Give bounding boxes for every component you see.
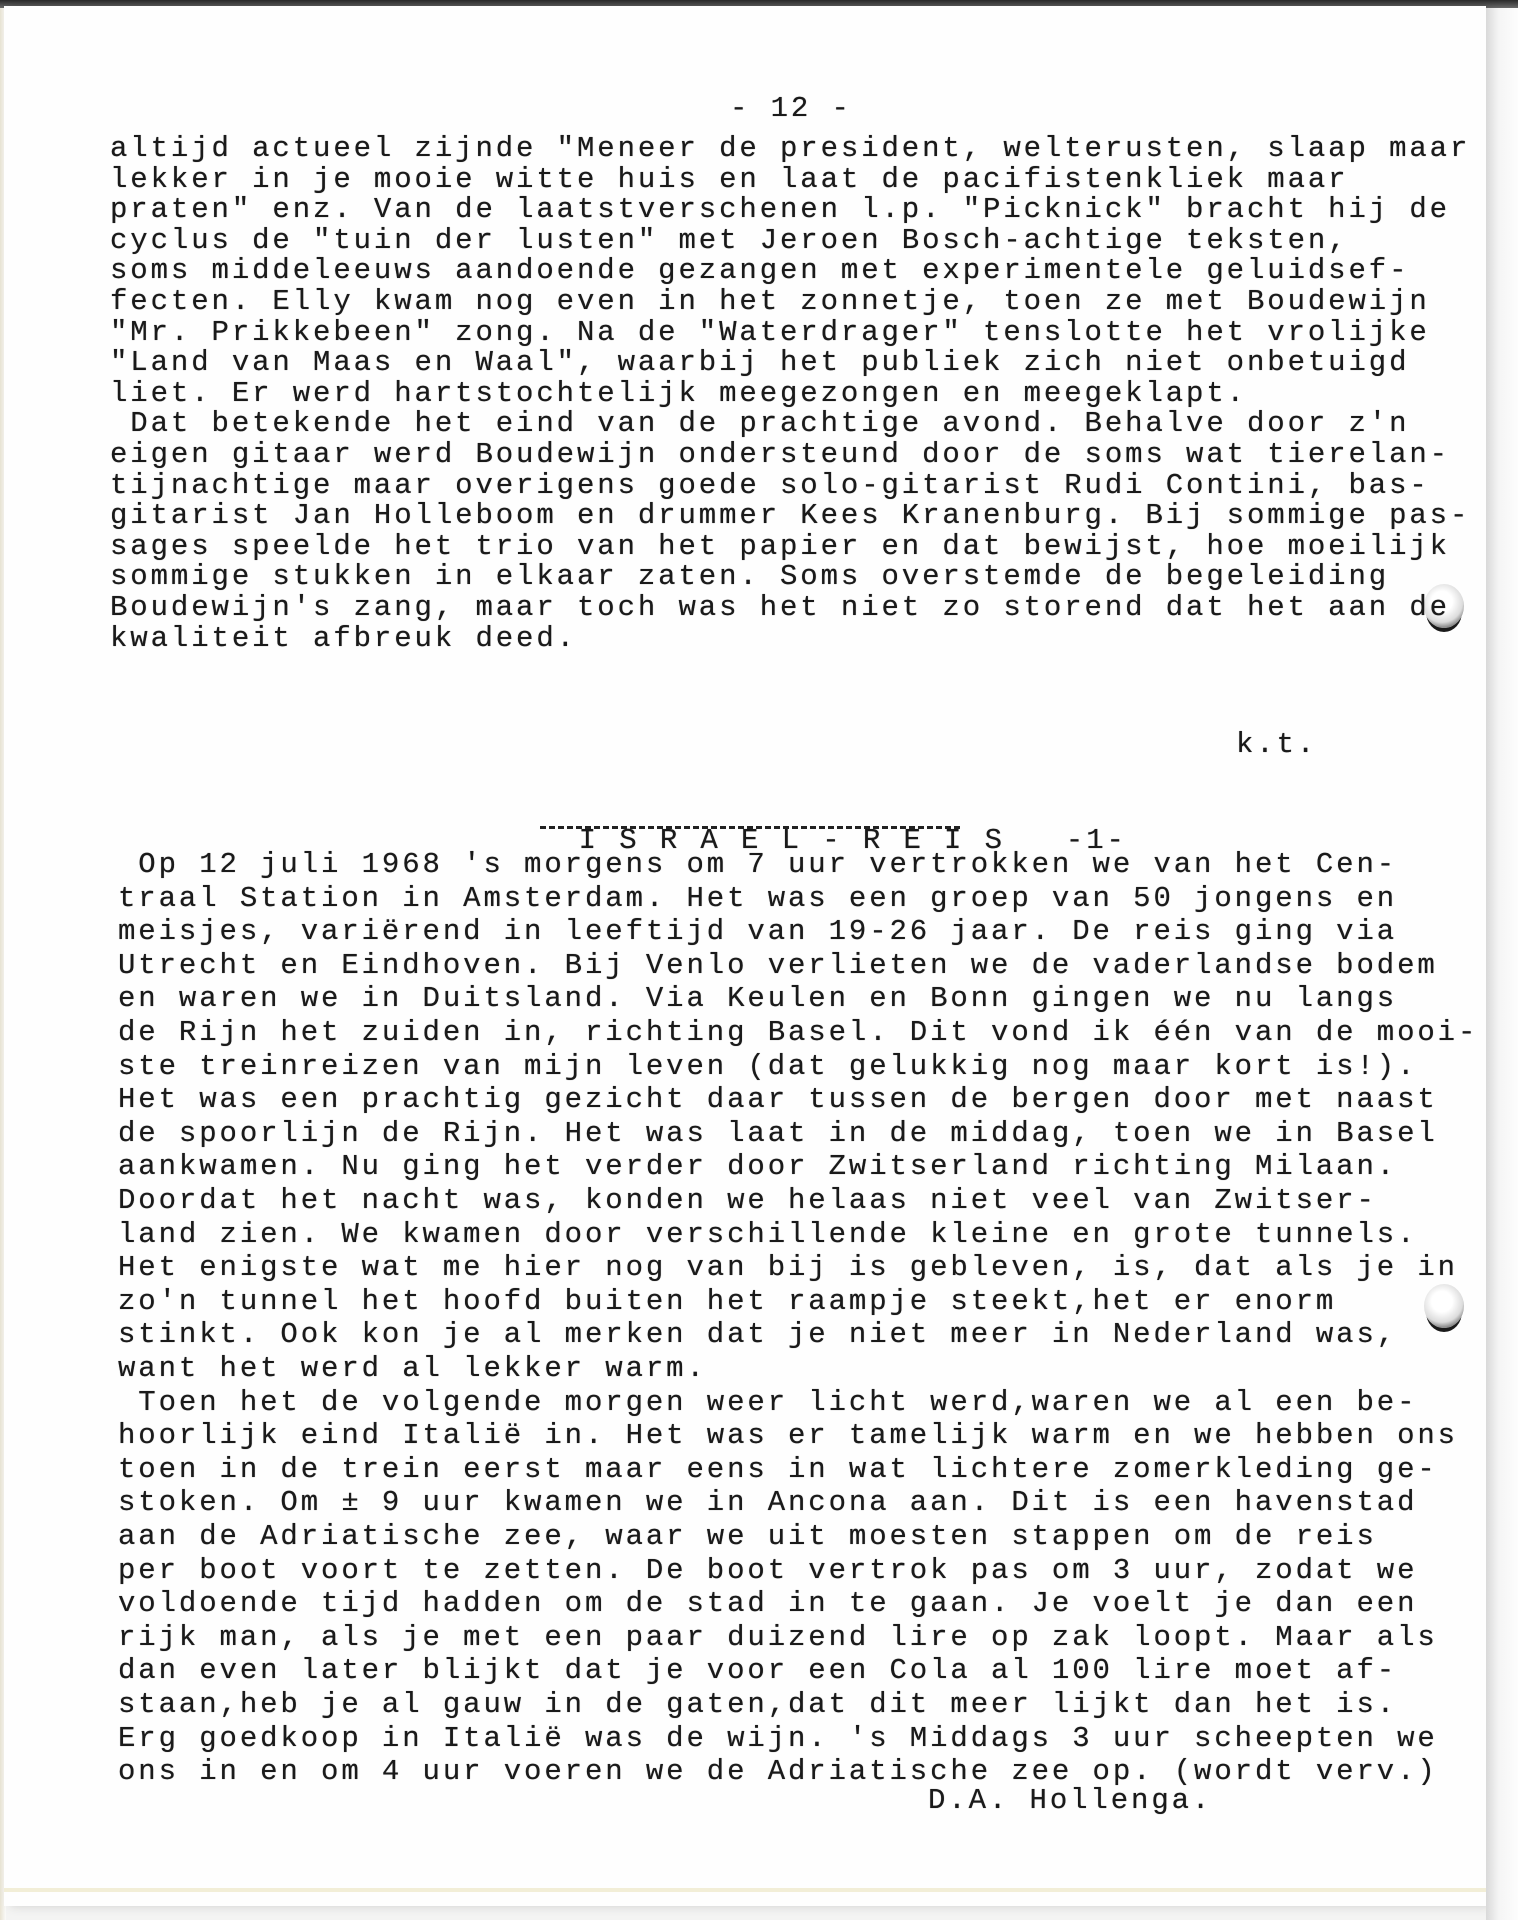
text-line: Het was een prachtig gezicht daar tussen… bbox=[118, 1083, 1438, 1117]
text-line: fecten. Elly kwam nog even in het zonnet… bbox=[110, 285, 1430, 319]
text-line: Op 12 juli 1968 's morgens om 7 uur vert… bbox=[118, 848, 1397, 882]
article-signature: D.A. Hollenga. bbox=[928, 1784, 1212, 1818]
text-line: land zien. We kwamen door verschillende … bbox=[118, 1218, 1417, 1252]
text-line: "Mr. Prikkebeen" zong. Na de "Waterdrage… bbox=[110, 316, 1430, 350]
text-line: Boudewijn's zang, maar toch was het niet… bbox=[110, 591, 1450, 625]
text-line: meisjes, variërend in leeftijd van 19-26… bbox=[118, 915, 1397, 949]
text-line: per boot voort te zetten. De boot vertro… bbox=[118, 1554, 1417, 1588]
text-line: "Land van Maas en Waal", waarbij het pub… bbox=[110, 346, 1409, 380]
text-line: ons in en om 4 uur voeren we de Adriatis… bbox=[118, 1755, 1438, 1789]
text-line: hoorlijk eind Italië in. Het was er tame… bbox=[118, 1419, 1458, 1453]
text-line: stoken. Om ± 9 uur kwamen we in Ancona a… bbox=[118, 1486, 1417, 1520]
page-edge-shadow bbox=[1486, 8, 1518, 1920]
text-line: altijd actueel zijnde "Meneer de preside… bbox=[110, 132, 1470, 166]
article-signature: k.t. bbox=[1236, 728, 1317, 762]
text-line: Toen het de volgende morgen weer licht w… bbox=[118, 1386, 1417, 1420]
punch-hole-icon bbox=[1424, 1284, 1464, 1328]
title-underline bbox=[540, 826, 960, 829]
text-line: toen in de trein eerst maar eens in wat … bbox=[118, 1453, 1438, 1487]
text-line: Erg goedkoop in Italië was de wijn. 's M… bbox=[118, 1722, 1438, 1756]
text-line: kwaliteit afbreuk deed. bbox=[110, 622, 577, 656]
text-line: eigen gitaar werd Boudewijn ondersteund … bbox=[110, 438, 1450, 472]
text-line: Dat betekende het eind van de prachtige … bbox=[110, 407, 1409, 441]
text-line: zo'n tunnel het hoofd buiten het raampje… bbox=[118, 1285, 1336, 1319]
text-line: staan,heb je al gauw in de gaten,dat dit… bbox=[118, 1688, 1397, 1722]
text-line: Doordat het nacht was, konden we helaas … bbox=[118, 1184, 1377, 1218]
text-line: praten" enz. Van de laatstverschenen l.p… bbox=[110, 193, 1450, 227]
text-line: cyclus de "tuin der lusten" met Jeroen B… bbox=[110, 224, 1348, 258]
text-line: dan even later blijkt dat je voor een Co… bbox=[118, 1654, 1397, 1688]
page-bottom-edge bbox=[4, 1888, 1486, 1892]
text-line: sages speelde het trio van het papier en… bbox=[110, 530, 1450, 564]
text-line: Het enigste wat me hier nog van bij is g… bbox=[118, 1251, 1458, 1285]
text-line: traal Station in Amsterdam. Het was een … bbox=[118, 882, 1397, 916]
text-line: lekker in je mooie witte huis en laat de… bbox=[110, 163, 1348, 197]
text-line: sommige stukken in elkaar zaten. Soms ov… bbox=[110, 560, 1389, 594]
text-line: de Rijn het zuiden in, richting Basel. D… bbox=[118, 1016, 1478, 1050]
text-line: soms middeleeuws aandoende gezangen met … bbox=[110, 254, 1409, 288]
page-number: - 12 - bbox=[730, 92, 852, 126]
text-line: aankwamen. Nu ging het verder door Zwits… bbox=[118, 1150, 1397, 1184]
text-line: gitarist Jan Holleboom en drummer Kees K… bbox=[110, 499, 1470, 533]
text-line: rijk man, als je met een paar duizend li… bbox=[118, 1621, 1438, 1655]
text-line: liet. Er werd hartstochtelijk meegezonge… bbox=[110, 377, 1247, 411]
text-line: voldoende tijd hadden om de stad in te g… bbox=[118, 1587, 1417, 1621]
text-line: want het werd al lekker warm. bbox=[118, 1352, 707, 1386]
text-line: ste treinreizen van mijn leven (dat gelu… bbox=[118, 1050, 1417, 1084]
text-line: de spoorlijn de Rijn. Het was laat in de… bbox=[118, 1117, 1438, 1151]
text-line: Utrecht en Eindhoven. Bij Venlo verliete… bbox=[118, 949, 1438, 983]
text-line: aan de Adriatische zee, waar we uit moes… bbox=[118, 1520, 1377, 1554]
text-line: stinkt. Ook kon je al merken dat je niet… bbox=[118, 1318, 1397, 1352]
text-line: tijnachtige maar overigens goede solo-gi… bbox=[110, 469, 1430, 503]
text-line: en waren we in Duitsland. Via Keulen en … bbox=[118, 982, 1397, 1016]
